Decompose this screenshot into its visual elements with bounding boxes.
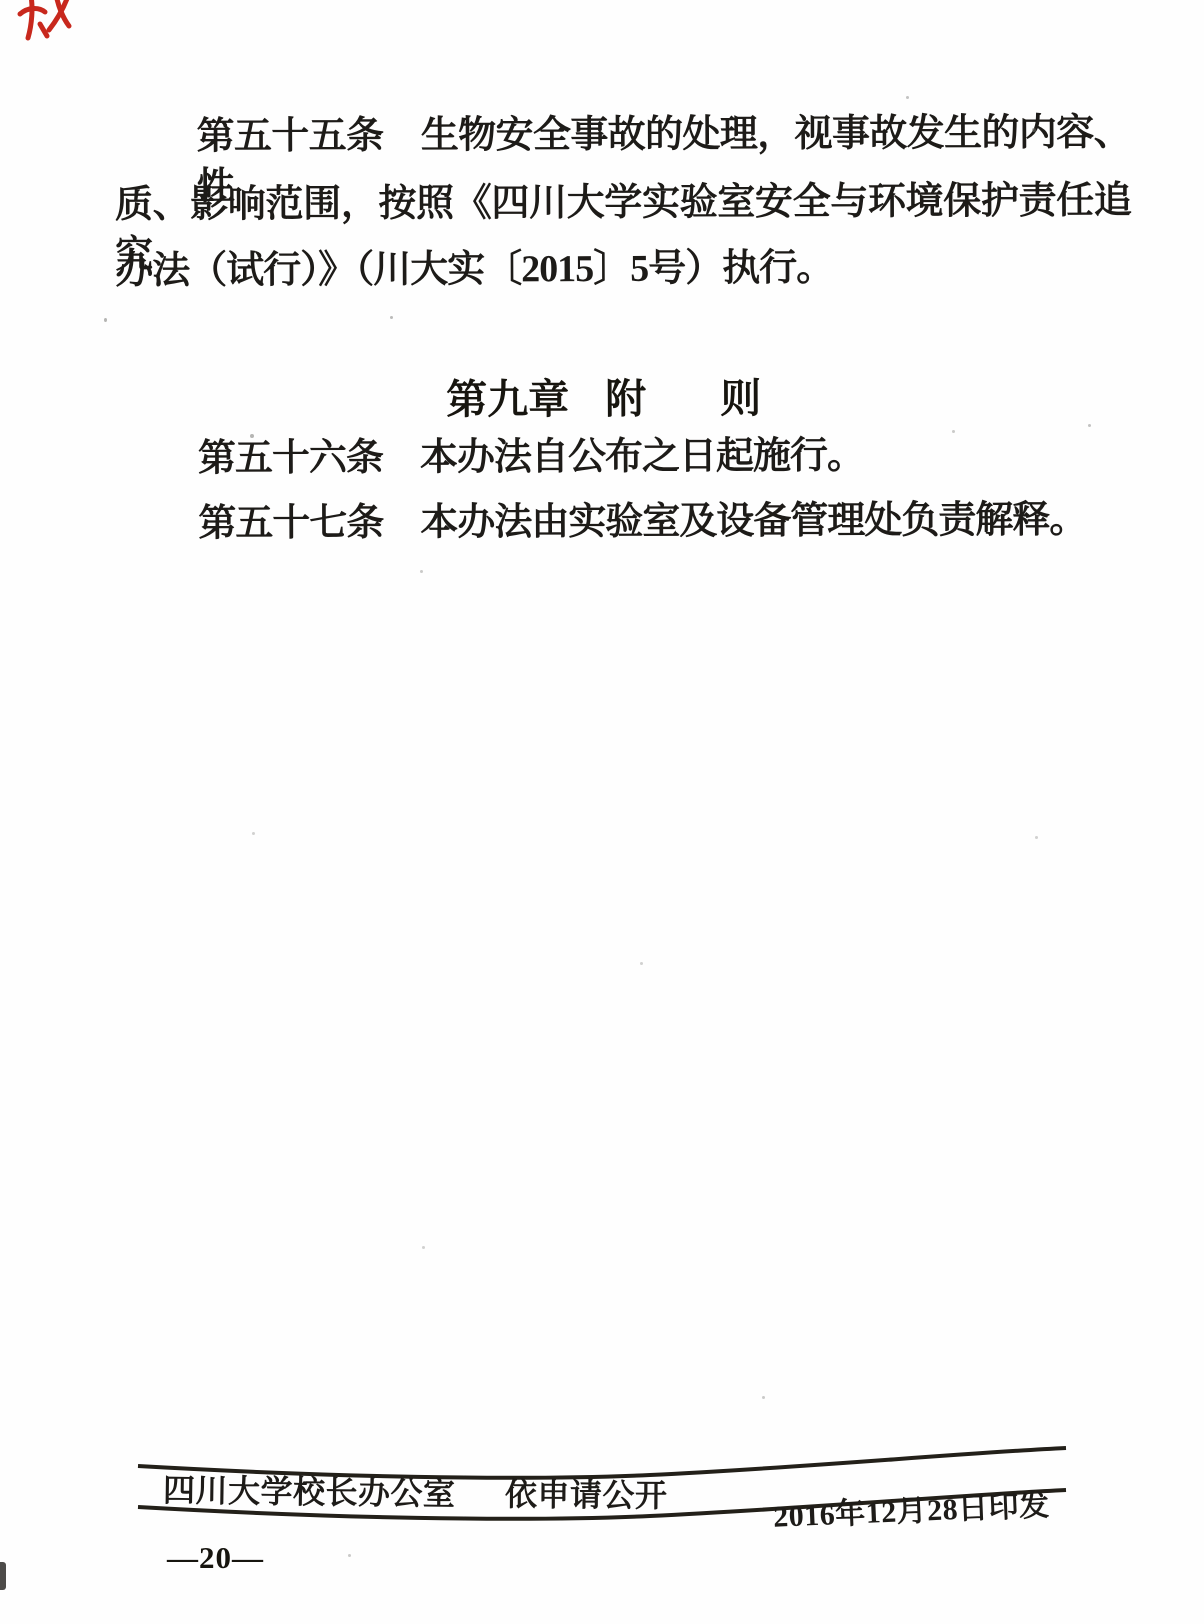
scan-speck: [1088, 424, 1091, 427]
scanned-document-page: 第五十五条 生物安全事故的处理，视事故发生的内容、性 质、影响范围，按照《四川大…: [0, 0, 1204, 1624]
scan-speck: [952, 430, 955, 433]
chapter-title-part1: 附: [605, 366, 646, 425]
scan-speck: [348, 1554, 351, 1557]
scan-speck: [250, 434, 254, 438]
chapter-9-heading: 第九章 附 则: [2, 363, 1204, 427]
scan-speck: [1032, 128, 1036, 132]
scan-speck: [104, 318, 107, 322]
page-number: —20—: [167, 1540, 264, 1576]
scan-speck: [762, 1396, 765, 1399]
scan-speck: [1035, 836, 1038, 839]
scan-edge-smudge: [0, 1562, 6, 1590]
article-55-line-3: 办法（试行）》（川大实〔2015〕5号）执行。: [115, 243, 833, 296]
scan-speck: [420, 570, 423, 573]
scan-speck: [252, 832, 255, 835]
article-57-line: 第五十七条 本办法由实验室及设备管理处负责解释。: [198, 495, 1086, 549]
scan-speck: [906, 96, 909, 99]
chapter-title-part2: 则: [720, 365, 761, 424]
footer-disclosure-note: 依申请公开: [505, 1469, 668, 1516]
document-body: 第五十五条 生物安全事故的处理，视事故发生的内容、性 质、影响范围，按照《四川大…: [0, 0, 1204, 1624]
footer-issuer: 四川大学校长办公室: [163, 1465, 456, 1515]
chapter-number: 第九章: [446, 366, 569, 426]
scan-speck: [422, 1246, 425, 1249]
scan-speck: [640, 962, 643, 965]
scan-speck: [390, 316, 393, 319]
article-56-line: 第五十六条 本办法自公布之日起施行。: [198, 431, 864, 484]
